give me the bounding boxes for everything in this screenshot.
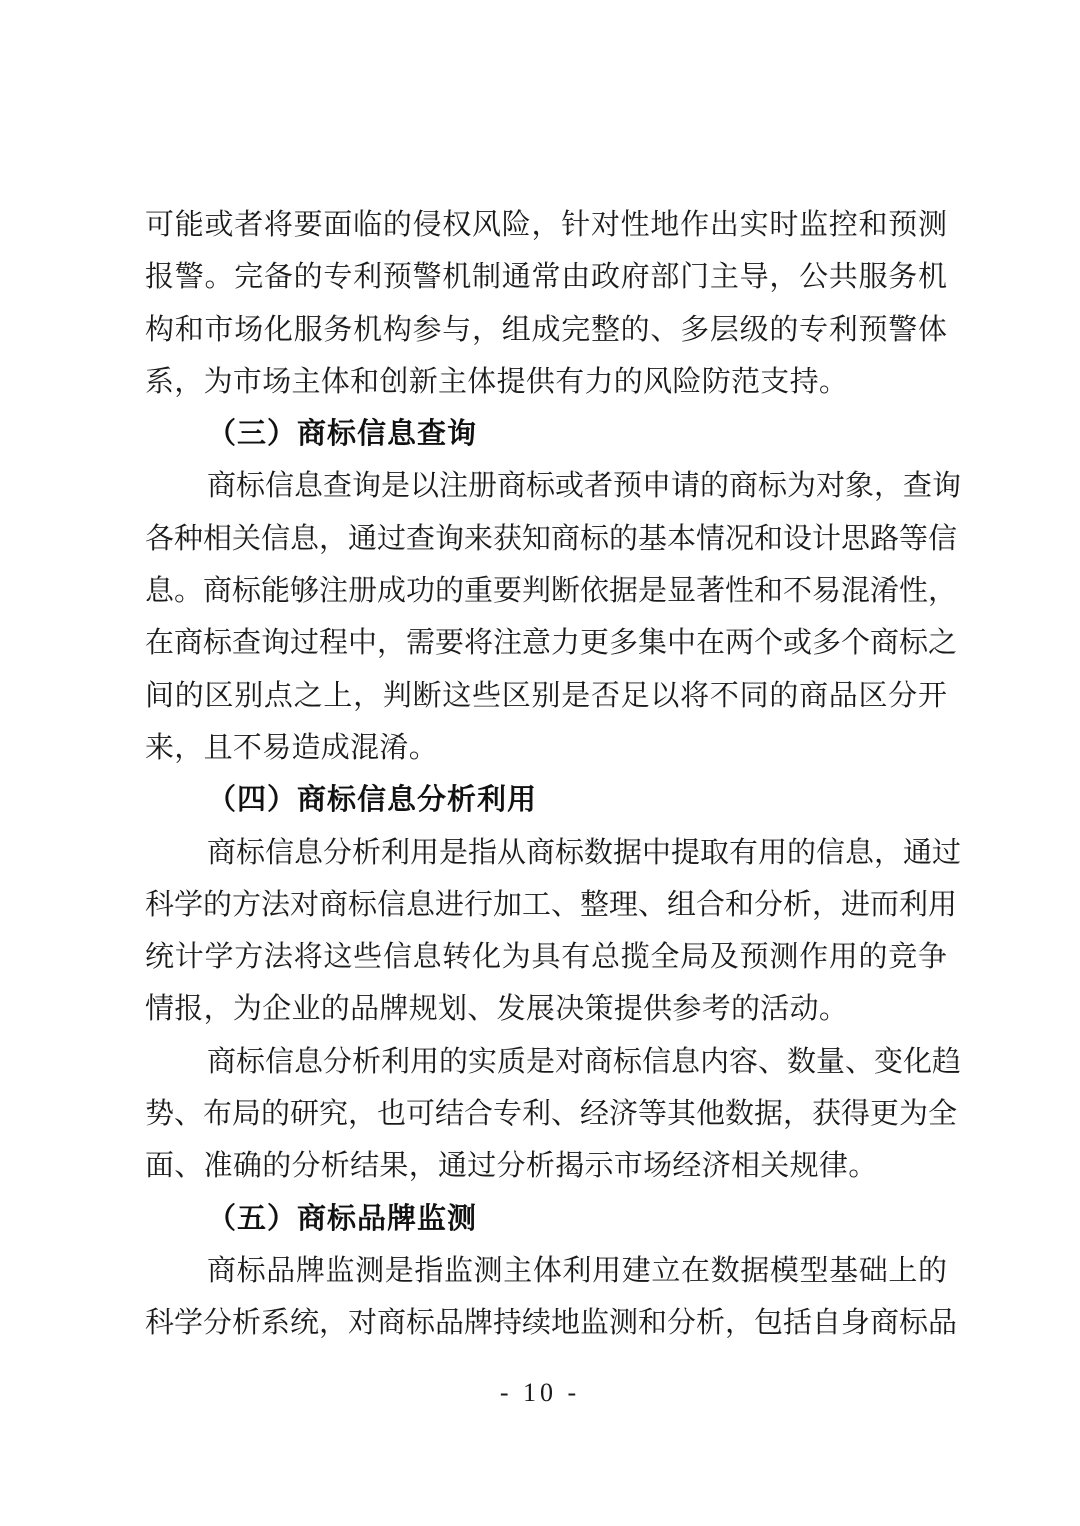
- paragraph-trademark-analysis-essence: 商标信息分析利用的实质是对商标信息内容、数量、变化趋 势、布局的研究，也可结合专…: [145, 1035, 947, 1192]
- text-line: 报警。完备的专利预警机制通常由政府部门主导，公共服务机: [145, 250, 947, 302]
- text-line: 面、准确的分析结果，通过分析揭示市场经济相关规律。: [145, 1139, 947, 1191]
- document-page: 可能或者将要面临的侵权风险，针对性地作出实时监控和预测 报警。完备的专利预警机制…: [0, 0, 1080, 1526]
- paragraph-trademark-query: 商标信息查询是以注册商标或者预申请的商标为对象，查询 各种相关信息，通过查询来获…: [145, 459, 947, 773]
- document-body: 可能或者将要面临的侵权风险，针对性地作出实时监控和预测 报警。完备的专利预警机制…: [145, 198, 947, 1349]
- text-line: 科学分析系统，对商标品牌持续地监测和分析，包括自身商标品: [145, 1296, 947, 1348]
- section-heading-trademark-analysis: （四）商标信息分析利用: [145, 773, 947, 825]
- paragraph-trademark-analysis-definition: 商标信息分析利用是指从商标数据中提取有用的信息，通过 科学的方法对商标信息进行加…: [145, 826, 947, 1035]
- page-number: - 10 -: [0, 1378, 1080, 1408]
- text-line: 科学的方法对商标信息进行加工、整理、组合和分析，进而利用: [145, 878, 947, 930]
- text-line: 商标信息查询是以注册商标或者预申请的商标为对象，查询: [145, 459, 947, 511]
- text-line: 在商标查询过程中，需要将注意力更多集中在两个或多个商标之: [145, 616, 947, 668]
- text-line: 间的区别点之上，判断这些区别是否足以将不同的商品区分开: [145, 669, 947, 721]
- text-line: 情报，为企业的品牌规划、发展决策提供参考的活动。: [145, 982, 947, 1034]
- text-line: 统计学方法将这些信息转化为具有总揽全局及预测作用的竞争: [145, 930, 947, 982]
- text-line: 来，且不易造成混淆。: [145, 721, 947, 773]
- text-line: 可能或者将要面临的侵权风险，针对性地作出实时监控和预测: [145, 198, 947, 250]
- section-heading-brand-monitoring: （五）商标品牌监测: [145, 1192, 947, 1244]
- text-line: 商标信息分析利用是指从商标数据中提取有用的信息，通过: [145, 826, 947, 878]
- text-line: 系，为市场主体和创新主体提供有力的风险防范支持。: [145, 355, 947, 407]
- text-line: 构和市场化服务机构参与，组成完整的、多层级的专利预警体: [145, 303, 947, 355]
- text-line: 息。商标能够注册成功的重要判断依据是显著性和不易混淆性，: [145, 564, 947, 616]
- text-line: 各种相关信息，通过查询来获知商标的基本情况和设计思路等信: [145, 512, 947, 564]
- paragraph-brand-monitoring: 商标品牌监测是指监测主体利用建立在数据模型基础上的 科学分析系统，对商标品牌持续…: [145, 1244, 947, 1349]
- text-line: 商标品牌监测是指监测主体利用建立在数据模型基础上的: [145, 1244, 947, 1296]
- text-line: 势、布局的研究，也可结合专利、经济等其他数据，获得更为全: [145, 1087, 947, 1139]
- text-line: 商标信息分析利用的实质是对商标信息内容、数量、变化趋: [145, 1035, 947, 1087]
- paragraph-patent-warning-continued: 可能或者将要面临的侵权风险，针对性地作出实时监控和预测 报警。完备的专利预警机制…: [145, 198, 947, 407]
- section-heading-trademark-query: （三）商标信息查询: [145, 407, 947, 459]
